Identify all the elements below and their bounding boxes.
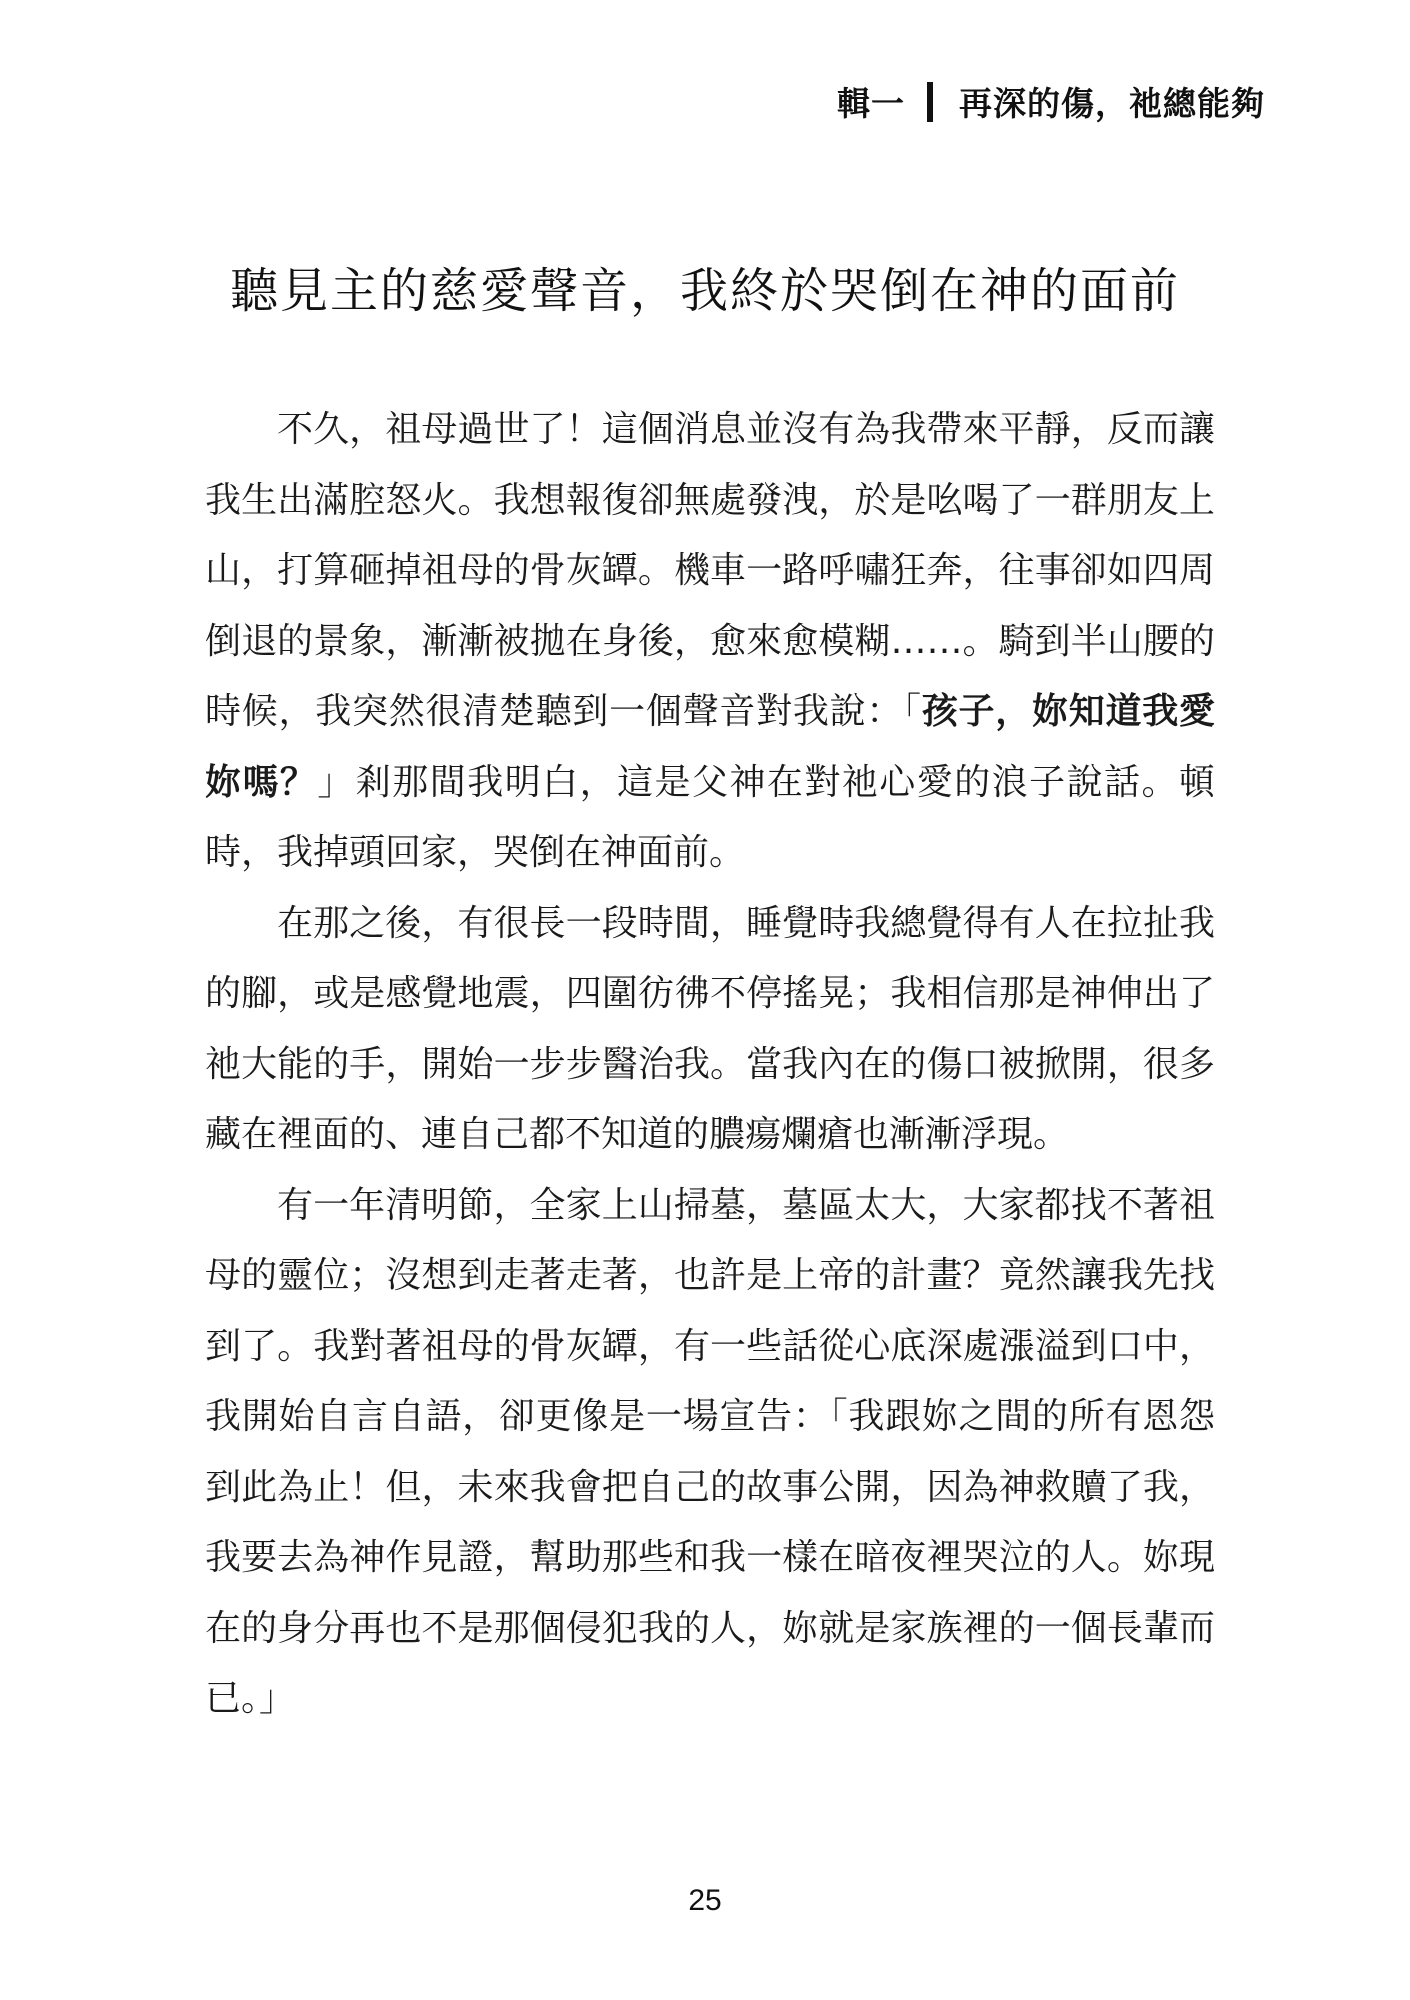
paragraph-3: 有一年清明節，全家上山掃墓，墓區太大，大家都找不著祖母的靈位；沒想到走著走著，也… [205, 1171, 1215, 1735]
section-title: 再深的傷，祂總能夠 [959, 78, 1265, 125]
section-label: 輯一 [837, 78, 905, 125]
body-text: 不久，祖母過世了！這個消息並沒有為我帶來平靜，反而讓我生出滿腔怒火。我想報復卻無… [205, 395, 1215, 1735]
paragraph-2: 在那之後，有很長一段時間，睡覺時我總覺得有人在拉扯我的腳，或是感覺地震，四圍彷彿… [205, 889, 1215, 1171]
paragraph-1-text: 不久，祖母過世了！這個消息並沒有為我帶來平靜，反而讓我生出滿腔怒火。我想報復卻無… [205, 409, 1215, 732]
chapter-title: 聽見主的慈愛聲音，我終於哭倒在神的面前 [0, 252, 1410, 321]
running-header: 輯一 再深的傷，祂總能夠 [837, 78, 1265, 125]
paragraph-1: 不久，祖母過世了！這個消息並沒有為我帶來平靜，反而讓我生出滿腔怒火。我想報復卻無… [205, 395, 1215, 889]
paragraph-1-text-after: 」剎那間我明白，這是父神在對祂心愛的浪子說話。頓時，我掉頭回家，哭倒在神面前。 [205, 762, 1215, 874]
header-divider-bar [927, 82, 933, 122]
page-number: 25 [0, 1884, 1410, 1918]
